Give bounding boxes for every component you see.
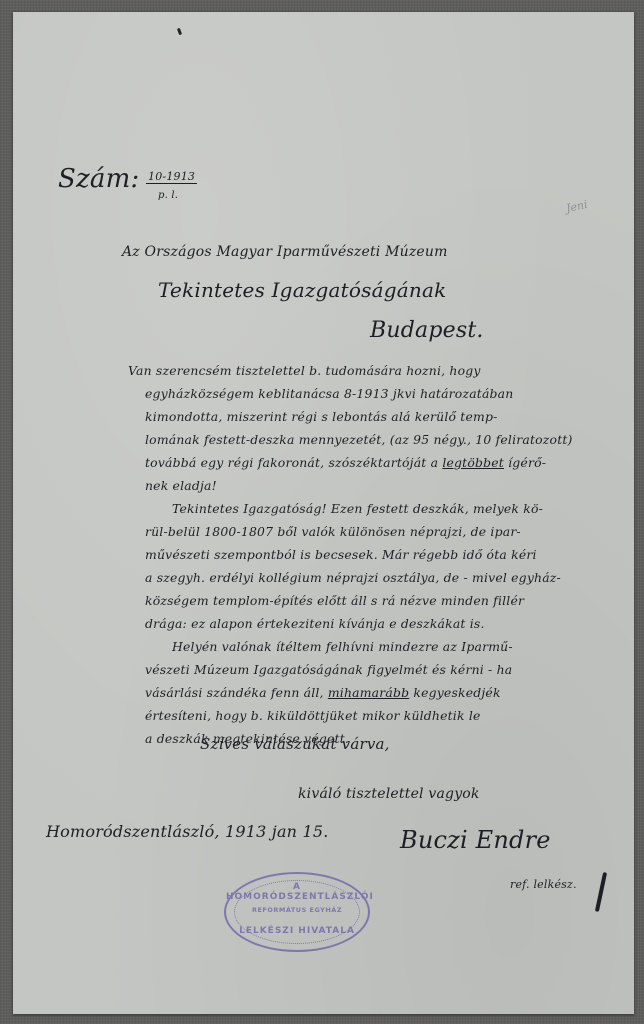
body-line: nek eladja! (145, 478, 217, 493)
recipient-directorate: Tekintetes Igazgatóságának (158, 278, 446, 302)
body-line: vészeti Múzeum Igazgatóságának figyelmét… (145, 662, 512, 677)
underlined-word: legtöbbet (442, 455, 504, 470)
body-line: Tekintetes Igazgatóság! Ezen festett des… (172, 501, 543, 516)
body-line: Helyén valónak ítéltem felhívni mindezre… (172, 639, 513, 654)
reference-suffix: p. l. (158, 190, 178, 201)
body-line: továbbá egy régi fakoronát, szószéktartó… (145, 455, 546, 470)
reference-label: Szám: (58, 164, 139, 194)
reference-number: 10-1913 (146, 170, 197, 184)
body-line: drága: ez alapon értekeziteni kívánja e … (145, 616, 485, 631)
signature-title: ref. lelkész. (510, 878, 577, 891)
recipient-city: Budapest. (370, 318, 484, 343)
stamp-bottom-text: LELKÉSZI HIVATALA (226, 926, 368, 936)
closing-regards: kiváló tisztelettel vagyok (298, 786, 480, 802)
body-line: községem templom-építés előtt áll s rá n… (145, 593, 524, 608)
body-line: kimondotta, miszerint régi s lebontás al… (145, 409, 497, 424)
body-line: értesíteni, hogy b. kiküldöttjüket mikor… (145, 708, 481, 723)
body-line: rül-belül 1800-1807 ből valók különösen … (145, 524, 521, 539)
body-line: vásárlási szándéka fenn áll, mihamarább … (145, 685, 501, 700)
body-line: lomának festett-deszka mennyezetét, (az … (145, 432, 573, 447)
body-line: Van szerencsém tisztelettel b. tudomásár… (128, 363, 481, 378)
parish-stamp: A HOMORÓDSZENTLÁSZLÓI REFORMÁTUS EGYHÁZ … (224, 872, 370, 952)
signature: Buczi Endre (400, 826, 551, 854)
body-line: egyházközségem keblitanácsa 8-1913 jkvi … (145, 386, 513, 401)
underlined-word: mihamarább (328, 685, 409, 700)
closing-salutation: Szíves válaszukat várva, (200, 735, 390, 753)
stamp-middle-text: REFORMÁTUS EGYHÁZ (226, 906, 368, 914)
body-line: művészeti szempontból is becsesek. Már r… (145, 547, 537, 562)
place-date: Homoródszentlászló, 1913 jan 15. (46, 822, 329, 841)
body-line: a szegyh. erdélyi kollégium néprajzi osz… (145, 570, 561, 585)
recipient-institution: Az Országos Magyar Iparművészeti Múzeum (122, 244, 448, 260)
stamp-top-text: A HOMORÓDSZENTLÁSZLÓI (226, 882, 368, 902)
